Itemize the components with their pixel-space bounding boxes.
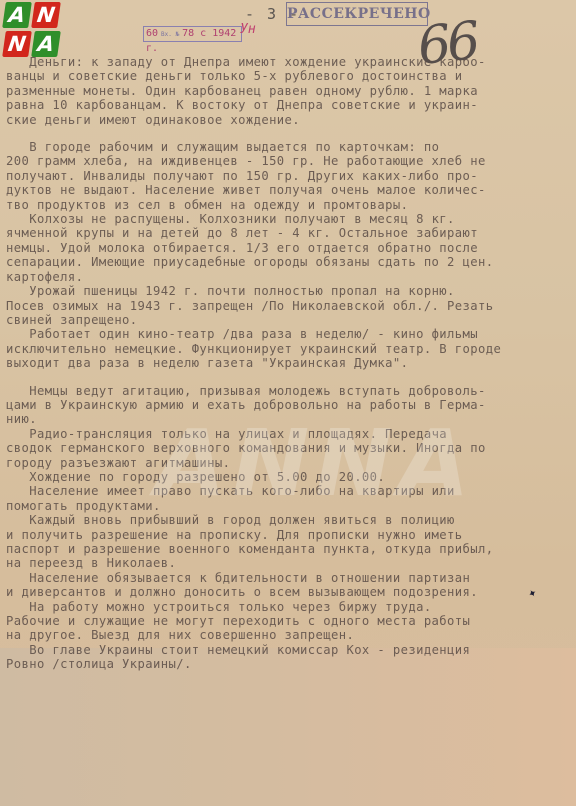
handwritten-initials: Ун <box>240 22 256 37</box>
document-paragraph: Колхозы не распущены. Колхозники получаю… <box>6 212 566 284</box>
stamp-value: 78 с 1942 г. <box>146 28 236 54</box>
watermark: ANNA <box>155 418 475 510</box>
document-paragraph: В городе рабочим и служащим выдается по … <box>6 140 566 212</box>
document-paragraph: Работает один кино-театр /два раза в нед… <box>6 327 566 370</box>
document-paragraph: На работу можно устроиться только через … <box>6 600 566 643</box>
logo-tile-n: N <box>2 31 32 57</box>
stamp-label: Вх. № <box>161 31 179 38</box>
document-paragraph: Каждый вновь прибывший в город должен яв… <box>6 513 566 571</box>
declassified-stamp: РАССЕКРЕЧЕНО <box>286 2 428 26</box>
logo-tile-a: A <box>2 2 32 28</box>
logo-tile-a: A <box>31 31 61 57</box>
incoming-registration-stamp: 60Вх. №78 с 1942 г. <box>143 26 242 42</box>
anna-news-logo: A N N A <box>2 1 60 59</box>
document-body: Деньги: к западу от Днепра имеют хождени… <box>6 55 566 672</box>
blank-paper-area <box>0 648 576 806</box>
document-paragraph: Урожай пшеницы 1942 г. почти полностью п… <box>6 284 566 327</box>
logo-tile-n: N <box>31 2 61 28</box>
document-paragraph: Деньги: к западу от Днепра имеют хождени… <box>6 55 566 127</box>
stamp-prefix: 60 <box>146 28 158 39</box>
document-paragraph: Население обязывается к бдительности в о… <box>6 571 566 600</box>
document-paragraph: Во главе Украины стоит немецкий комиссар… <box>6 643 566 672</box>
